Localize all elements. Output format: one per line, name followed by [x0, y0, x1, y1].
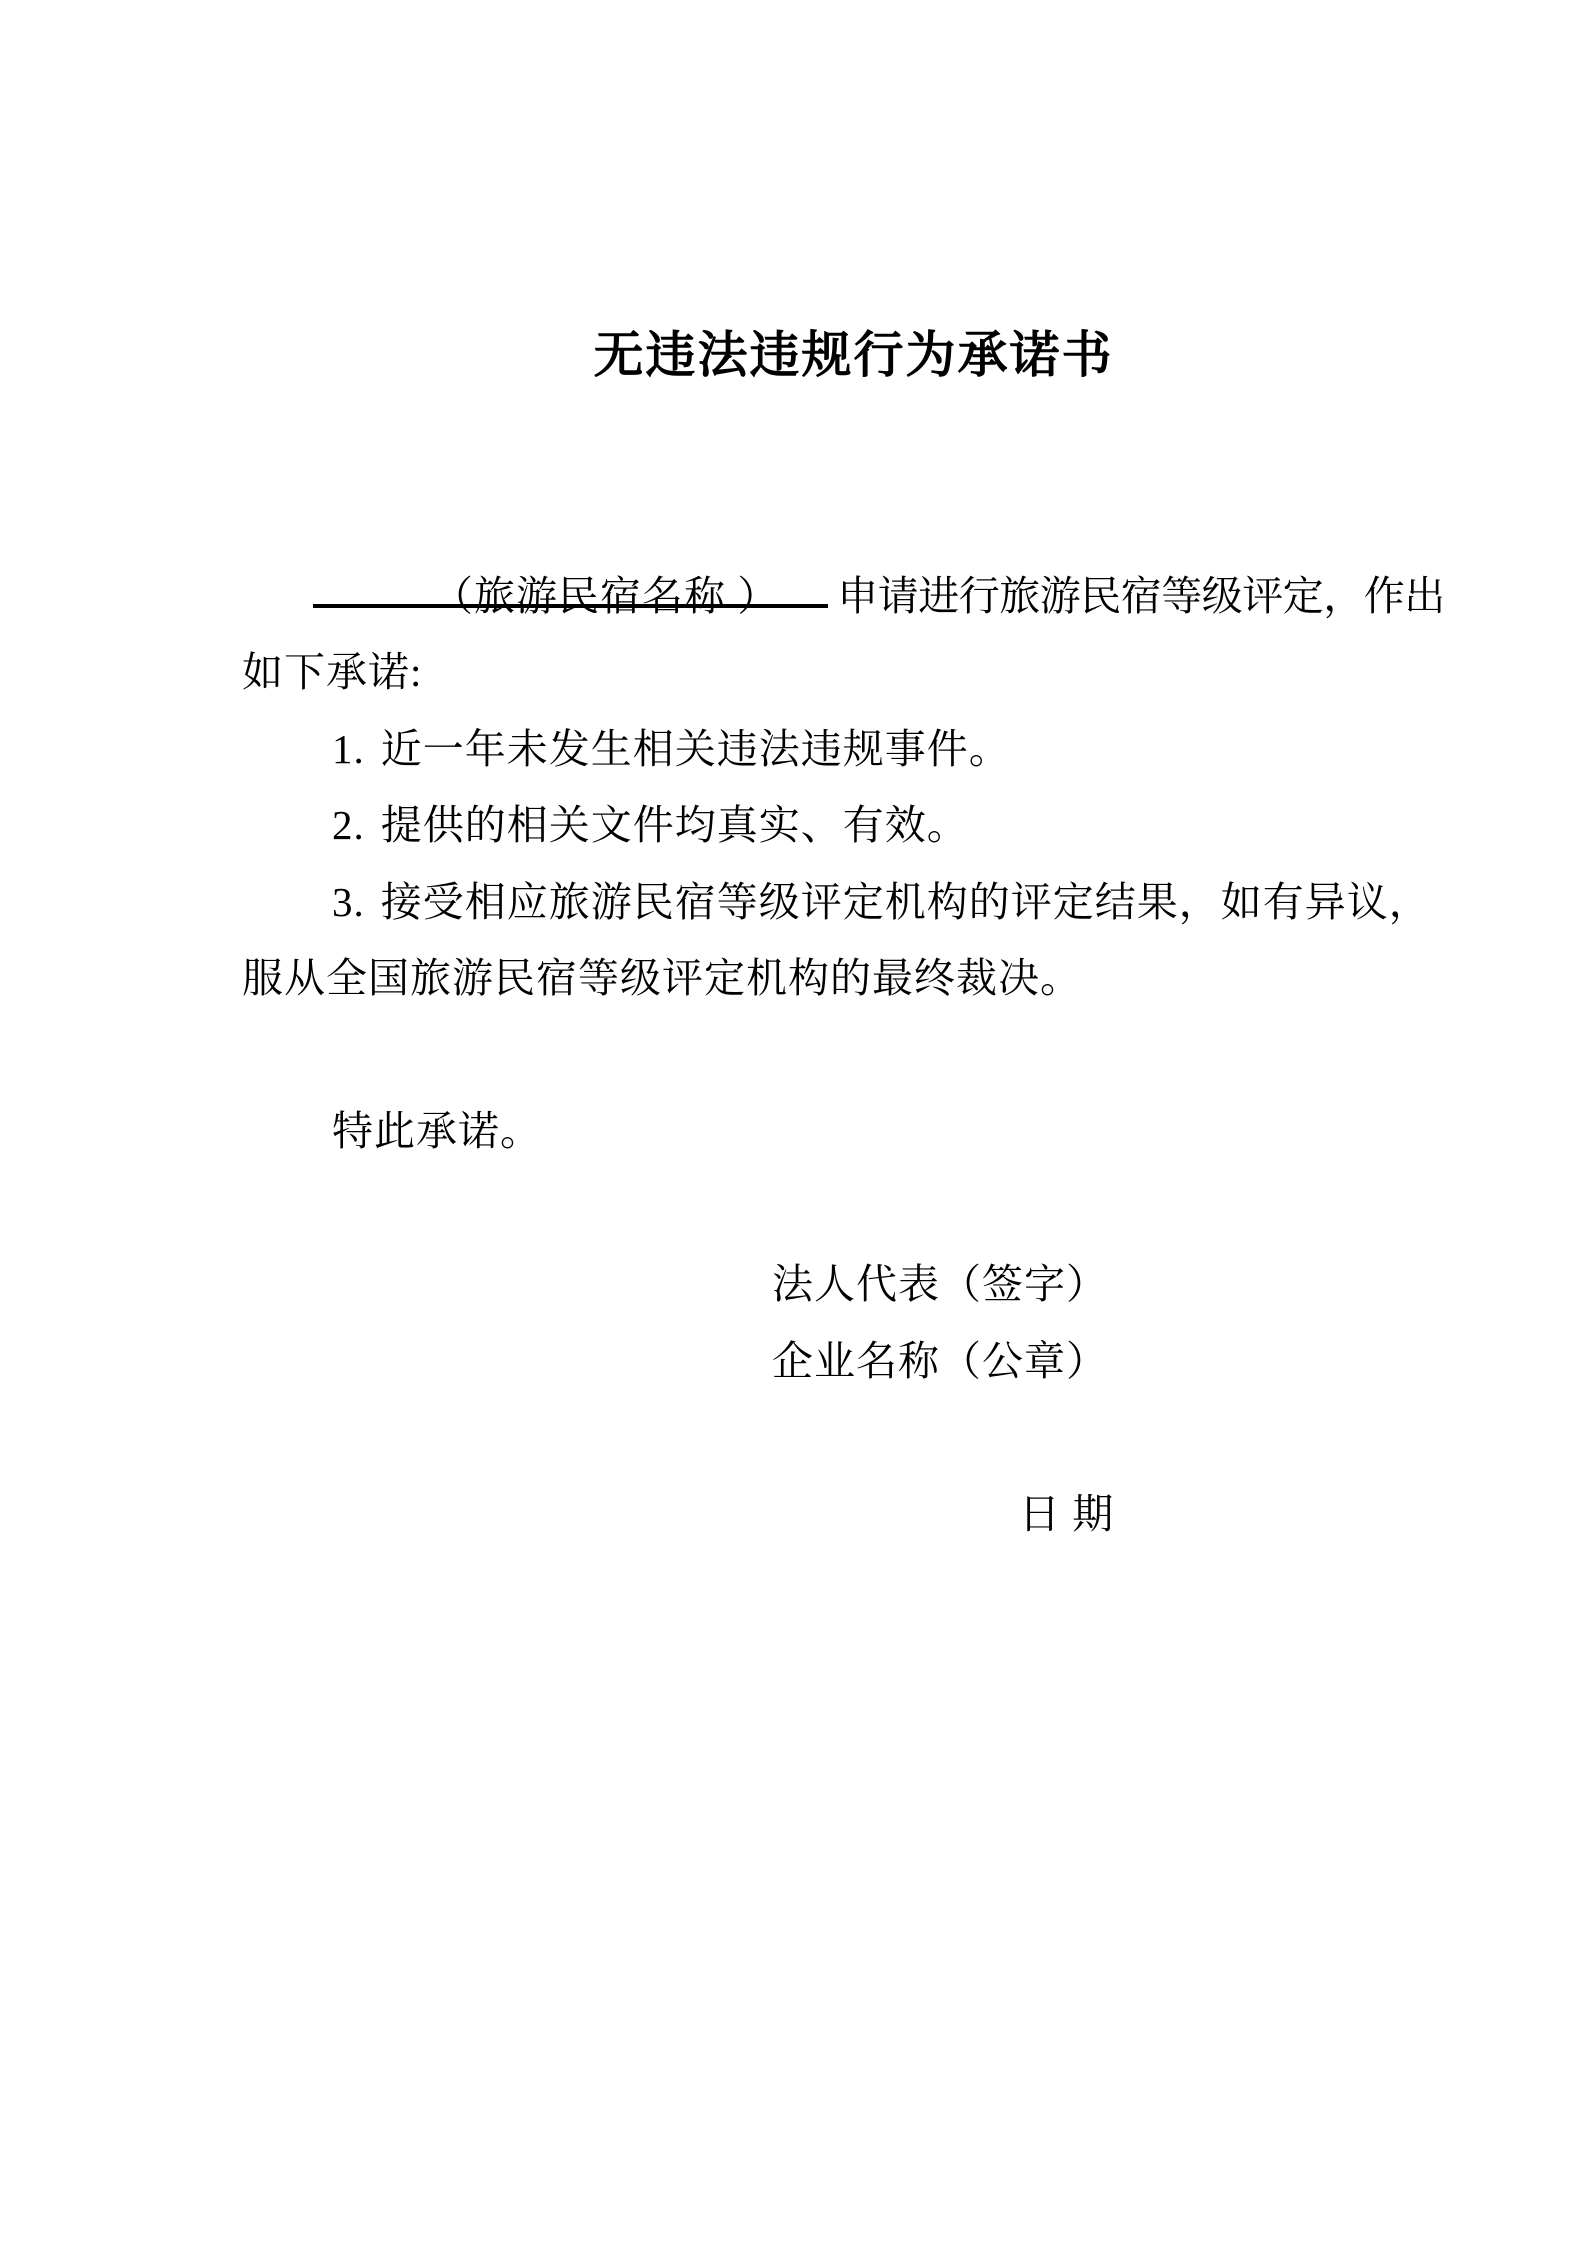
company-seal-line: 企业名称（公章）: [242, 1323, 1449, 1400]
fill-in-blank-underline: [313, 604, 828, 608]
blank-trailing-space: [779, 609, 837, 610]
commitment-item-3: 3.接受相应旅游民宿等级评定机构的评定结果，如有异议，: [242, 864, 1449, 941]
blank-leading-space: [242, 609, 432, 610]
date-label: 日 期: [242, 1476, 1449, 1553]
document-page: 无违法违规行为承诺书 （旅游民宿名称 ）申请进行旅游民宿等级评定，作出 如下承诺…: [0, 0, 1587, 2245]
intro-text-after-blank: 申请进行旅游民宿等级评定，作出: [837, 573, 1445, 619]
closing-statement: 特此承诺。: [242, 1093, 1449, 1170]
commitment-3-text-line-2: 服从全国旅游民宿等级评定机构的最终裁决。: [242, 940, 1449, 1017]
commitment-1-number: 1.: [332, 726, 365, 772]
intro-line-1: （旅游民宿名称 ）申请进行旅游民宿等级评定，作出: [242, 558, 1449, 635]
commitment-item-1: 1.近一年未发生相关违法违规事件。: [242, 711, 1449, 788]
commitment-item-2: 2.提供的相关文件均真实、有效。: [242, 787, 1449, 864]
commitment-3-text-line-1: 接受相应旅游民宿等级评定机构的评定结果，如有异议，: [381, 879, 1431, 925]
intro-line-2: 如下承诺:: [242, 634, 1449, 711]
spacer-row: [242, 1170, 1449, 1247]
legal-representative-signature-line: 法人代表（签字）: [242, 1246, 1449, 1323]
commitment-1-text: 近一年未发生相关违法违规事件。: [381, 726, 1011, 772]
spacer-row: [242, 1399, 1449, 1476]
commitment-2-number: 2.: [332, 802, 365, 848]
hostel-name-blank-label: （旅游民宿名称 ）: [432, 573, 779, 619]
document-body: （旅游民宿名称 ）申请进行旅游民宿等级评定，作出 如下承诺: 1.近一年未发生相…: [0, 558, 1587, 1553]
document-title: 无违法违规行为承诺书: [0, 34, 1587, 386]
commitment-2-text: 提供的相关文件均真实、有效。: [381, 802, 969, 848]
spacer-row: [242, 1017, 1449, 1094]
commitment-3-number: 3.: [332, 879, 365, 925]
